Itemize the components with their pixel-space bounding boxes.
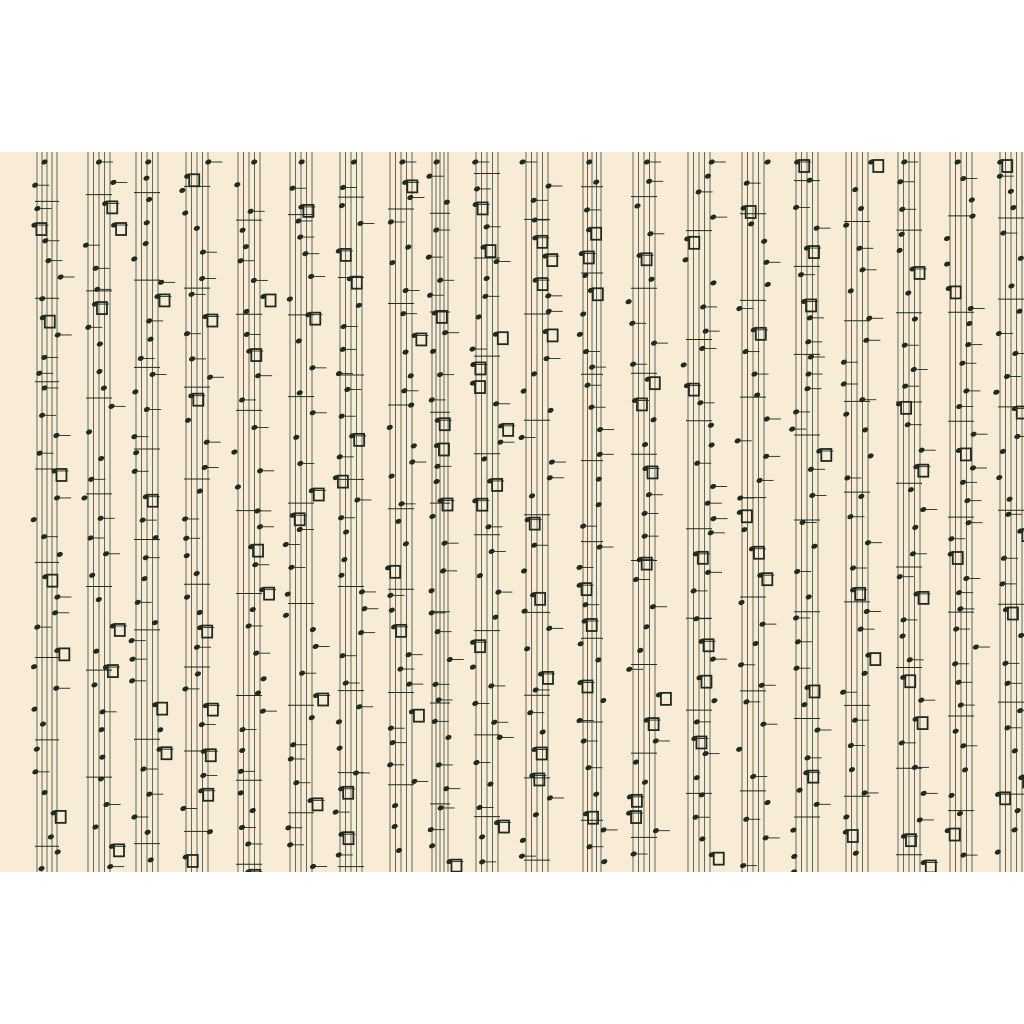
- music-notation: [0, 152, 1024, 872]
- sheet-music-paper: [0, 152, 1024, 872]
